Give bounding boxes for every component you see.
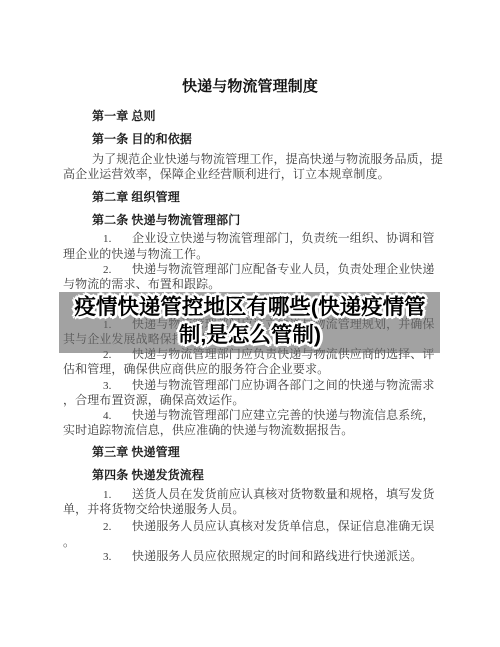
list-item-continuation: 估和管理，确保供应商供应的服务符合企业要求。 [63,362,329,376]
list-number: 2. [103,520,132,534]
list-item-continuation: 。 [63,535,75,549]
list-item-line: 1.企业设立快递与物流管理部门，负责统一组织、协调和管 [103,231,435,246]
list-item-continuation: 单，并将货物交给快递服务人员。 [63,502,245,516]
document-page: 快递与物流管理制度 第一章 总则 第一条 目的和依据 为了规范企业快递与物流管理… [0,0,500,647]
list-item-text: 快递服务人员应依照规定的时间和路线进行快递派送。 [132,549,422,563]
list-number: 3. [103,379,132,393]
list-item-line: 3.快递服务人员应依照规定的时间和路线进行快递派送。 [103,549,422,564]
doc-title: 快递与物流管理制度 [0,78,500,96]
chapter-3-heading: 第三章 快递管理 [92,445,180,459]
list-item-continuation: 与物流的需求、布置和跟踪。 [63,277,220,291]
list-item-text: 企业设立快递与物流管理部门，负责统一组织、协调和管 [132,231,435,245]
paragraph-line: 为了规范企业快递与物流管理工作，提高快递与物流服务品质，提 [92,152,443,166]
list-item-text: 快递与物流管理部门应建立完善的快递与物流信息系统， [132,408,435,422]
article-4-heading: 第四条 快递发货流程 [92,468,204,482]
list-number: 4. [103,409,132,423]
list-number: 2. [103,263,132,277]
list-item-text: 送货人员在发货前应认真核对货物数量和规格，填写发货 [132,487,435,501]
article-1-heading: 第一条 目的和依据 [92,132,192,146]
list-number: 3. [103,550,132,564]
overlay-title-line2: 制,是怎么管制) [0,321,500,349]
list-item-text: 快递服务人员应认真核对发货单信息，保证信息准确无误 [132,519,435,533]
list-item-continuation: 理企业的快递与物流工作。 [63,247,208,261]
list-item-line: 2.快递与物流管理部门应配备专业人员，负责处理企业快递 [103,262,435,277]
overlay-title: 疫情快递管控地区有哪些(快递疫情管 制,是怎么管制) [0,293,500,349]
chapter-1-heading: 第一章 总则 [92,109,156,123]
list-item-text: 快递与物流管理部门应协调各部门之间的快递与物流需求 [132,378,435,392]
overlay-title-line1: 疫情快递管控地区有哪些(快递疫情管 [0,293,500,321]
list-number: 1. [103,488,132,502]
list-item-line: 3.快递与物流管理部门应协调各部门之间的快递与物流需求 [103,378,435,393]
chapter-2-heading: 第二章 组织管理 [92,190,180,204]
list-item-continuation: 实时追踪物流信息，供应准确的快递与物流数据报告。 [63,423,353,437]
list-number: 1. [103,232,132,246]
list-item-line: 4.快递与物流管理部门应建立完善的快递与物流信息系统， [103,408,435,423]
paragraph-line: 高企业运营效率，保障企业经营顺利进行，订立本规章制度。 [63,167,390,181]
article-2-heading: 第二条 快递与物流管理部门 [92,213,240,227]
list-item-continuation: ，合理布置资源，确保高效运作。 [63,393,245,407]
list-item-text: 快递与物流管理部门应配备专业人员，负责处理企业快递 [132,262,435,276]
list-item-line: 2.快递服务人员应认真核对发货单信息，保证信息准确无误 [103,519,435,534]
list-item-line: 1.送货人员在发货前应认真核对货物数量和规格，填写发货 [103,487,435,502]
